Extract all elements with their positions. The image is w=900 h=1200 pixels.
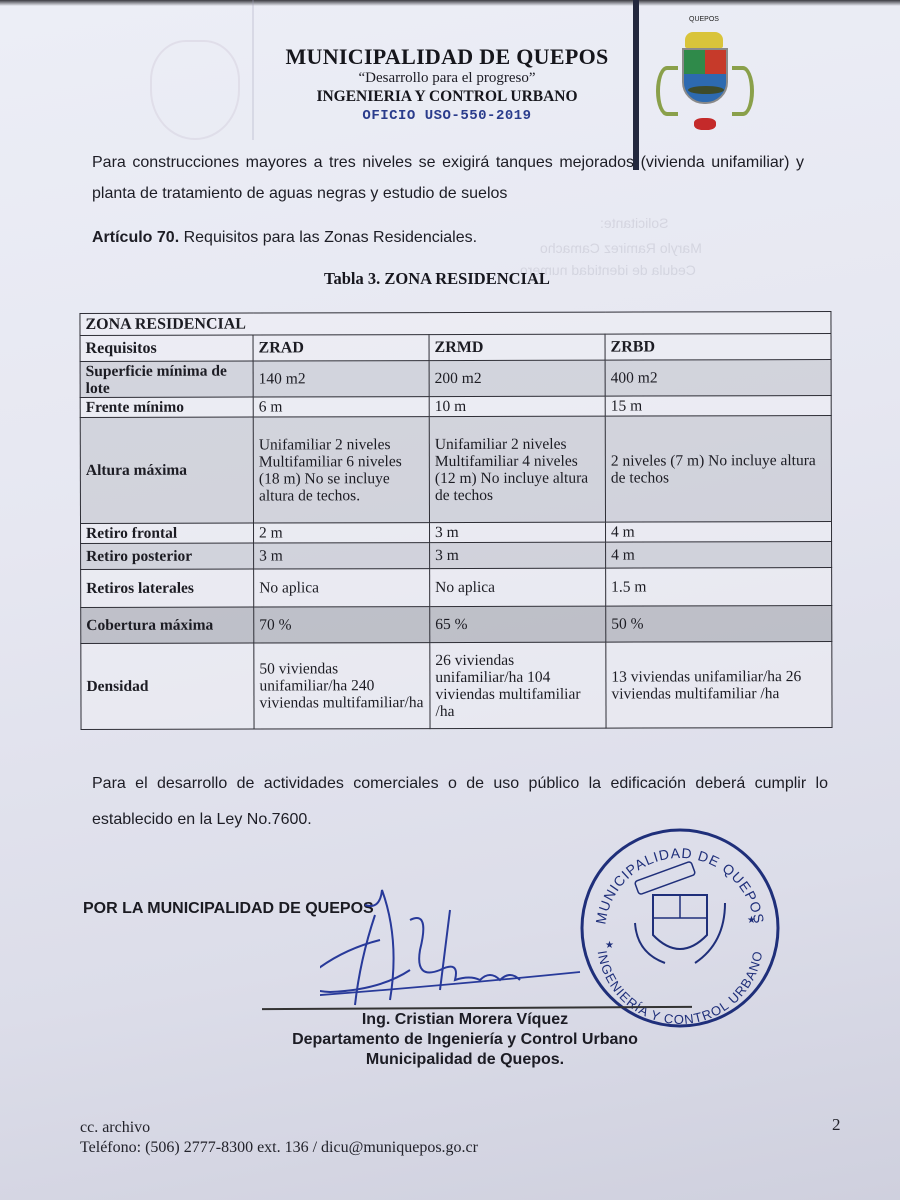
table-column-header-row: Requisitos ZRAD ZRMD ZRBD — [80, 334, 831, 362]
column-header: Requisitos — [80, 335, 253, 361]
signer-name: Ing. Cristian Morera Víquez — [230, 1010, 700, 1030]
row-label: Frente mínimo — [80, 397, 253, 417]
cell-zrmd: No aplica — [430, 568, 606, 606]
page-number: 2 — [832, 1115, 841, 1135]
paper-fold — [252, 0, 254, 140]
letterhead: MUNICIPALIDAD DE QUEPOS “Desarrollo para… — [262, 44, 632, 126]
cell-zrbd: 1.5 m — [606, 568, 832, 607]
cell-zrad: 3 m — [254, 543, 430, 569]
cell-zrad: 2 m — [254, 523, 430, 543]
department-name: INGENIERIA Y CONTROL URBANO — [262, 87, 632, 106]
table-title: Tabla 3. ZONA RESIDENCIAL — [324, 269, 550, 289]
table-row: Frente mínimo 6 m 10 m 15 m — [80, 396, 831, 418]
signer-department: Departamento de Ingeniería y Control Urb… — [230, 1030, 700, 1050]
cell-zrmd: 65 % — [430, 606, 606, 642]
column-header: ZRMD — [429, 334, 605, 360]
signer-block: Ing. Cristian Morera Víquez Departamento… — [230, 1010, 700, 1070]
cell-zrbd: 400 m2 — [605, 360, 831, 397]
cell-zrad: 140 m2 — [253, 361, 429, 397]
laurel-left-icon — [656, 66, 678, 116]
column-header: ZRAD — [253, 335, 429, 361]
cell-zrbd: 4 m — [606, 542, 832, 569]
cell-zrmd: 10 m — [429, 396, 605, 416]
article-number: Artículo 70. — [92, 229, 179, 246]
cell-zrad: Unifamiliar 2 niveles Multifamiliar 6 ni… — [253, 417, 429, 523]
cell-zrad: No aplica — [254, 569, 430, 607]
crown-icon — [685, 32, 723, 48]
residential-zone-table: ZONA RESIDENCIAL Requisitos ZRAD ZRMD ZR… — [79, 311, 832, 730]
cell-zrad: 50 viviendas unifamiliar/ha 240 vivienda… — [254, 643, 430, 729]
cc-note: cc. archivo — [80, 1118, 478, 1138]
bleed-through-text: Marylo Ramirez Camacho — [540, 240, 702, 256]
cell-zrad: 6 m — [253, 397, 429, 417]
signer-institution: Municipalidad de Quepos. — [230, 1050, 700, 1070]
table-row: Retiros laterales No aplica No aplica 1.… — [81, 568, 832, 608]
cell-zrbd: 50 % — [606, 606, 832, 643]
table-row: Superficie mínima de lote 140 m2 200 m2 … — [80, 360, 831, 398]
row-label: Retiro frontal — [81, 523, 254, 543]
table-row: Densidad 50 viviendas unifamiliar/ha 240… — [81, 642, 832, 730]
zone-header-cell: ZONA RESIDENCIAL — [80, 312, 831, 336]
svg-text:★: ★ — [747, 915, 756, 926]
cell-zrmd: 26 viviendas unifamiliar/ha 104 vivienda… — [430, 642, 606, 728]
official-seal-icon: MUNICIPALIDAD DE QUEPOS INGENIERÍA Y CON… — [575, 823, 785, 1033]
table-row: Altura máxima Unifamiliar 2 niveles Mult… — [80, 416, 831, 524]
cell-zrbd: 13 viviendas unifamiliar/ha 26 viviendas… — [606, 642, 832, 729]
column-header: ZRBD — [605, 334, 831, 361]
table-row: Retiro posterior 3 m 3 m 4 m — [81, 542, 832, 570]
motto: “Desarrollo para el progreso” — [262, 70, 632, 87]
crest-banner: QUEPOS — [680, 16, 728, 28]
cell-zrmd: 3 m — [430, 542, 606, 568]
ribbon-bow-icon — [694, 118, 716, 130]
contact-line: Teléfono: (506) 2777-8300 ext. 136 / dic… — [80, 1138, 478, 1158]
cell-zrbd: 15 m — [605, 396, 831, 417]
table-zone-header-row: ZONA RESIDENCIAL — [80, 312, 831, 336]
letterhead-divider — [633, 0, 639, 170]
municipality-title: MUNICIPALIDAD DE QUEPOS — [262, 44, 632, 70]
row-label: Superficie mínima de lote — [80, 361, 253, 397]
row-label: Altura máxima — [80, 417, 253, 523]
cell-zrbd: 4 m — [606, 522, 832, 543]
table-row: Cobertura máxima 70 % 65 % 50 % — [81, 606, 832, 644]
cell-zrmd: 3 m — [430, 522, 606, 542]
row-label: Retiro posterior — [81, 543, 254, 569]
article-heading: Artículo 70. Requisitos para las Zonas R… — [92, 229, 477, 247]
row-label: Densidad — [81, 643, 254, 729]
row-label: Retiros laterales — [81, 569, 254, 607]
cell-zrbd: 2 niveles (7 m) No incluye altura de tec… — [605, 416, 831, 523]
coat-of-arms-icon: QUEPOS — [648, 14, 758, 144]
photo-edge-shadow — [0, 0, 900, 6]
svg-text:★: ★ — [605, 940, 614, 951]
article-text: Requisitos para las Zonas Residenciales. — [179, 229, 477, 246]
oficio-number: OFICIO USO-550-2019 — [262, 106, 632, 126]
faint-watermark-emblem — [150, 40, 240, 140]
shield-icon — [682, 48, 728, 104]
row-label: Cobertura máxima — [81, 607, 254, 643]
handwritten-signature — [320, 880, 600, 1010]
bleed-through-text: Solicitante: — [600, 215, 668, 231]
cell-zrad: 70 % — [254, 607, 430, 643]
cell-zrmd: 200 m2 — [429, 360, 605, 396]
table-row: Retiro frontal 2 m 3 m 4 m — [81, 522, 832, 544]
intro-paragraph: Para construcciones mayores a tres nivel… — [92, 147, 804, 209]
laurel-right-icon — [732, 66, 754, 116]
footer: cc. archivo Teléfono: (506) 2777-8300 ex… — [80, 1118, 478, 1158]
cell-zrmd: Unifamiliar 2 niveles Multifamiliar 4 ni… — [429, 416, 605, 522]
